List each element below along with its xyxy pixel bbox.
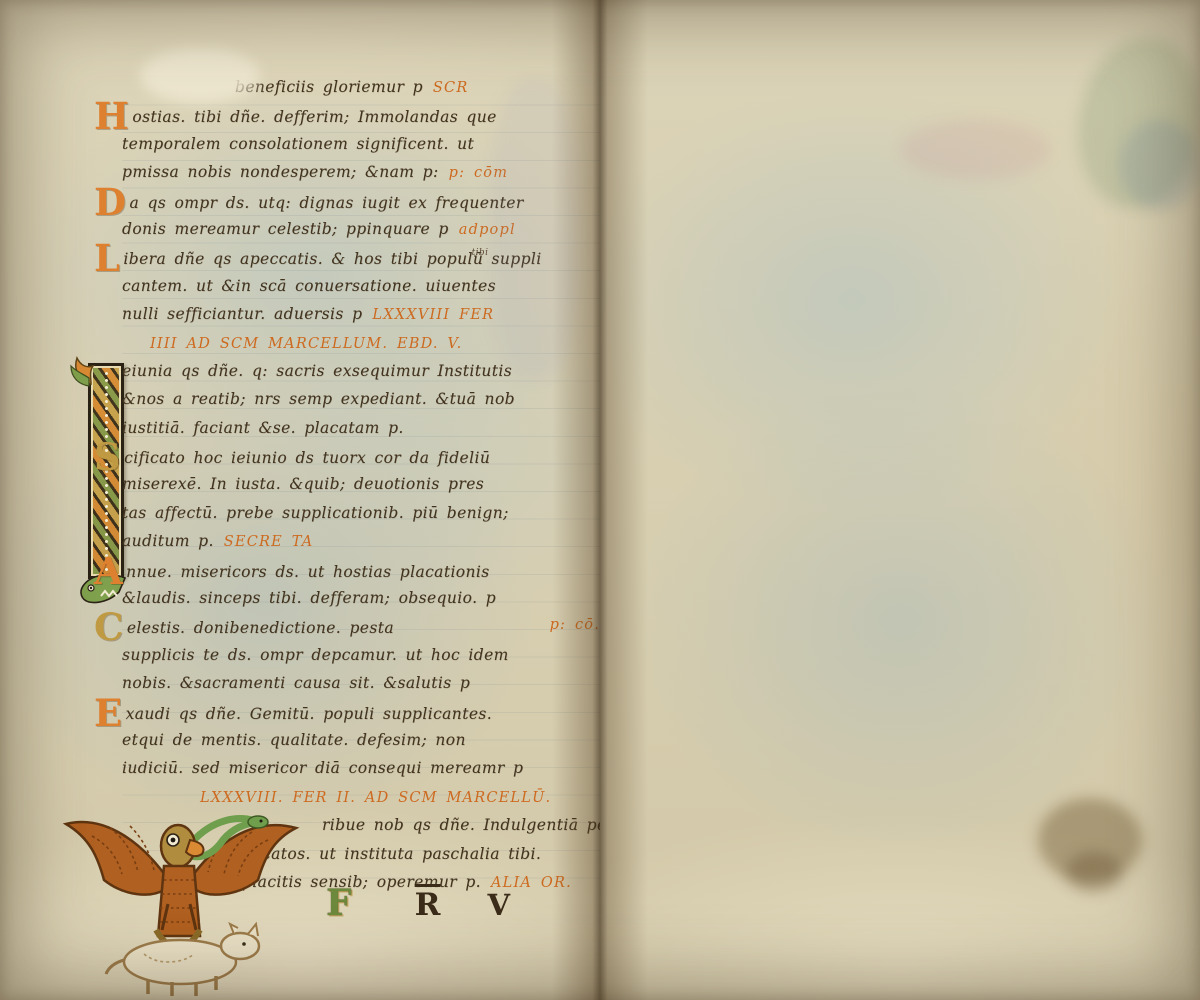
text-line: &nos a reatib; nrs semp expediant. &tuā … [122, 390, 600, 418]
interlinear-gloss: tibi [472, 248, 489, 258]
text-line: eiunia qs dñe. q: sacris exsequimur Inst… [122, 362, 600, 390]
rubric-text: SECRE TA [224, 534, 314, 550]
illuminated-initial: D [94, 192, 127, 212]
prayer-text: &nos a reatib; nrs semp expediant. &tuā … [122, 390, 515, 408]
prayer-text: miserexē. In iusta. &quib; deuotionis pr… [122, 475, 484, 493]
illuminated-initial: A [94, 561, 123, 581]
illuminated-initial: S [94, 447, 121, 467]
prayer-text: supplicis te ds. ompr depcamur. ut hoc i… [122, 646, 509, 664]
text-line: Celestis. donibenedictione. pestap: cō. [122, 617, 600, 645]
text-line: auditum p.SECRE TA [122, 532, 600, 560]
prayer-text: beneficiis gloriemur p [235, 78, 423, 96]
text-line: nobis. &sacramenti causa sit. &salutis p [122, 674, 600, 702]
prayer-text: nnue. misericors ds. ut hostias placatio… [126, 563, 490, 581]
text-line: pmissa nobis nondesperem; &nam p:p: cōm [122, 163, 600, 191]
prayer-text: nobis. &sacramenti causa sit. &salutis p [122, 674, 470, 692]
text-line: Libera dñe qs apeccatis. & hos tibi popu… [122, 248, 600, 276]
text-line: donis mereamur celestib; ppinquare padpo… [122, 220, 600, 248]
letter-f: F [326, 882, 352, 924]
prayer-text: ostias. tibi dñe. defferim; Immolandas q… [132, 108, 496, 126]
prayer-text: auditum p. [122, 532, 214, 550]
prayer-text: iustitiā. faciant &se. placatam p. [122, 419, 404, 437]
left-page: beneficiis gloriemur pSCRHostias. tibi d… [0, 0, 600, 1000]
left-text-block: beneficiis gloriemur pSCRHostias. tibi d… [122, 78, 600, 904]
rubric-text: p: cōm [449, 165, 509, 181]
prayer-text: temporalem consolationem significent. ut [122, 135, 474, 153]
text-line: cantem. ut &in scā conuersatione. uiuent… [122, 277, 600, 305]
prayer-text: etqui de mentis. qualitate. defesim; non [122, 731, 466, 749]
prayer-text: elestis. donibenedictione. pesta [127, 619, 394, 637]
text-line: temporalem consolationem significent. ut [122, 135, 600, 163]
eagle-snake-illustration [52, 784, 308, 998]
rubric-line: IIII AD SCM MARCELLUM. EBD. V. [122, 334, 600, 362]
prayer-text: &laudis. sinceps tibi. defferam; obsequi… [122, 589, 496, 607]
rubric-text: SCR [433, 80, 469, 96]
prayer-text: nulli sefficiantur. aduersis p [122, 305, 362, 323]
text-line: supplicis te ds. ompr depcamur. ut hoc i… [122, 646, 600, 674]
prayer-text: iudiciū. sed misericor diā consequi mere… [122, 759, 523, 777]
text-line: &laudis. sinceps tibi. defferam; obsequi… [122, 589, 600, 617]
prayer-text: donis mereamur celestib; ppinquare p [122, 220, 449, 238]
text-line: tas affectū. prebe supplicationib. piū b… [122, 504, 600, 532]
prayer-text: cificato hoc ieiunio ds tuorx cor da fid… [124, 449, 490, 467]
quire-letters: F R V [326, 882, 510, 924]
rubric-text: IIII AD SCM MARCELLUM. EBD. V. [150, 336, 463, 352]
rubric-text: p: cō. [550, 617, 600, 633]
prayer-text: ribue nob qs dñe. Indulgentiā pec [322, 816, 616, 834]
text-line: Annue. misericors ds. ut hostias placati… [122, 561, 600, 589]
illuminated-initial: E [94, 703, 123, 723]
manuscript-photo: beneficiis gloriemur pSCRHostias. tibi d… [0, 0, 1200, 1000]
text-line: Hostias. tibi dñe. defferim; Immolandas … [122, 106, 600, 134]
illuminated-initial: H [94, 106, 129, 126]
letter-r: R [415, 887, 441, 923]
text-line: Exaudi qs dñe. Gemitū. populi supplicant… [122, 703, 600, 731]
prayer-text: a qs ompr ds. utq: dignas iugit ex frequ… [130, 194, 524, 212]
prayer-text: tas affectū. prebe supplicationib. piū b… [122, 504, 509, 522]
text-line: Da qs ompr ds. utq: dignas iugit ex freq… [122, 192, 600, 220]
text-line: miserexē. In iusta. &quib; deuotionis pr… [122, 475, 600, 503]
illuminated-initial: L [94, 248, 120, 268]
letter-v: V [488, 888, 511, 922]
prayer-text: pmissa nobis nondesperem; &nam p: [122, 163, 439, 181]
foliate-flourish-icon [69, 354, 95, 388]
text-line: iustitiā. faciant &se. placatam p. [122, 419, 600, 447]
text-line: beneficiis gloriemur pSCR [122, 78, 600, 106]
prayer-text: cantem. ut &in scā conuersatione. uiuent… [122, 277, 496, 295]
text-line: Scificato hoc ieiunio ds tuorx cor da fi… [122, 447, 600, 475]
text-line: etqui de mentis. qualitate. defesim; non [122, 731, 600, 759]
rubric-text: LXXXVIII FER [372, 307, 494, 323]
prayer-text: eiunia qs dñe. q: sacris exsequimur Inst… [122, 362, 512, 380]
illuminated-initial: C [94, 617, 124, 637]
prayer-text: xaudi qs dñe. Gemitū. populi supplicante… [126, 705, 492, 723]
text-line: nulli sefficiantur. aduersis pLXXXVIII F… [122, 305, 600, 333]
right-page: Concede. misericors ds. ut sicut nos tyb… [600, 0, 1200, 1000]
rubric-text: adpopl [459, 222, 516, 238]
